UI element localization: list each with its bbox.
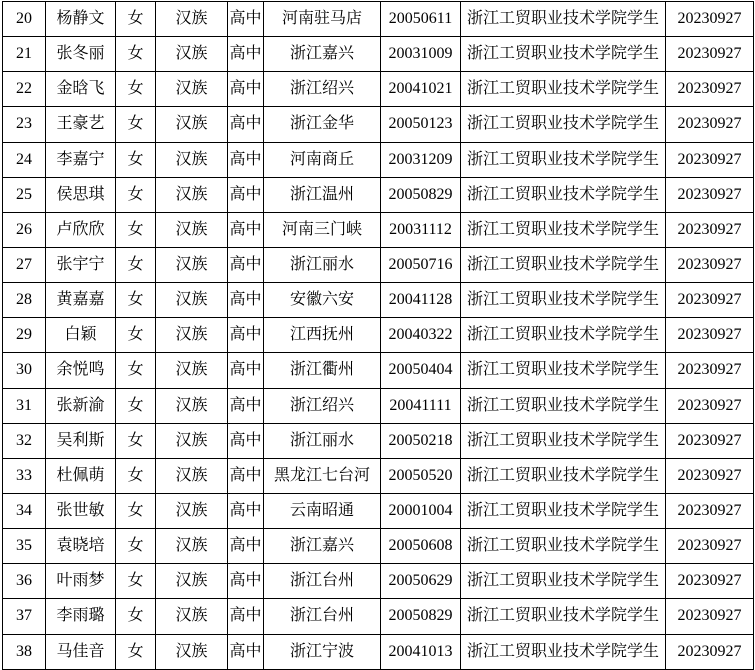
- cell-ethnicity: 汉族: [156, 564, 228, 599]
- cell-name: 杨静文: [46, 2, 116, 37]
- cell-status: 浙江工贸职业技术学院学生: [461, 493, 666, 528]
- cell-ethnicity: 汉族: [156, 634, 228, 669]
- cell-status: 浙江工贸职业技术学院学生: [461, 142, 666, 177]
- cell-birth-date: 20050404: [381, 353, 461, 388]
- cell-date: 20230927: [666, 283, 754, 318]
- cell-gender: 女: [116, 142, 156, 177]
- cell-birth-date: 20050829: [381, 599, 461, 634]
- cell-birth-date: 20050123: [381, 107, 461, 142]
- cell-row-index: 21: [3, 37, 46, 72]
- cell-birth-date: 20031009: [381, 37, 461, 72]
- cell-ethnicity: 汉族: [156, 423, 228, 458]
- cell-row-index: 32: [3, 423, 46, 458]
- cell-origin: 浙江台州: [264, 599, 381, 634]
- cell-gender: 女: [116, 353, 156, 388]
- cell-date: 20230927: [666, 107, 754, 142]
- cell-status: 浙江工贸职业技术学院学生: [461, 283, 666, 318]
- cell-status: 浙江工贸职业技术学院学生: [461, 388, 666, 423]
- cell-ethnicity: 汉族: [156, 388, 228, 423]
- cell-row-index: 37: [3, 599, 46, 634]
- cell-origin: 安徽六安: [264, 283, 381, 318]
- cell-status: 浙江工贸职业技术学院学生: [461, 247, 666, 282]
- cell-birth-date: 20050629: [381, 564, 461, 599]
- cell-gender: 女: [116, 529, 156, 564]
- cell-name: 袁晓培: [46, 529, 116, 564]
- table-row: 23 王豪艺 女 汉族 高中 浙江金华 20050123 浙江工贸职业技术学院学…: [3, 107, 754, 142]
- cell-gender: 女: [116, 493, 156, 528]
- cell-gender: 女: [116, 247, 156, 282]
- cell-status: 浙江工贸职业技术学院学生: [461, 72, 666, 107]
- cell-ethnicity: 汉族: [156, 493, 228, 528]
- cell-row-index: 26: [3, 212, 46, 247]
- cell-status: 浙江工贸职业技术学院学生: [461, 318, 666, 353]
- cell-education: 高中: [228, 353, 264, 388]
- cell-date: 20230927: [666, 458, 754, 493]
- cell-row-index: 38: [3, 634, 46, 669]
- cell-birth-date: 20001004: [381, 493, 461, 528]
- table-row: 31 张新渝 女 汉族 高中 浙江绍兴 20041111 浙江工贸职业技术学院学…: [3, 388, 754, 423]
- cell-education: 高中: [228, 2, 264, 37]
- cell-gender: 女: [116, 212, 156, 247]
- cell-row-index: 28: [3, 283, 46, 318]
- cell-status: 浙江工贸职业技术学院学生: [461, 212, 666, 247]
- table-row: 27 张宇宁 女 汉族 高中 浙江丽水 20050716 浙江工贸职业技术学院学…: [3, 247, 754, 282]
- cell-name: 张冬丽: [46, 37, 116, 72]
- cell-date: 20230927: [666, 493, 754, 528]
- cell-date: 20230927: [666, 529, 754, 564]
- cell-date: 20230927: [666, 353, 754, 388]
- cell-gender: 女: [116, 177, 156, 212]
- cell-name: 侯思琪: [46, 177, 116, 212]
- cell-name: 张世敏: [46, 493, 116, 528]
- cell-name: 杜佩萌: [46, 458, 116, 493]
- cell-date: 20230927: [666, 564, 754, 599]
- document-page: 20 杨静文 女 汉族 高中 河南驻马店 20050611 浙江工贸职业技术学院…: [0, 0, 755, 670]
- cell-education: 高中: [228, 529, 264, 564]
- table-row: 24 李嘉宁 女 汉族 高中 河南商丘 20031209 浙江工贸职业技术学院学…: [3, 142, 754, 177]
- cell-name: 王豪艺: [46, 107, 116, 142]
- cell-ethnicity: 汉族: [156, 177, 228, 212]
- cell-origin: 浙江嘉兴: [264, 529, 381, 564]
- cell-name: 叶雨梦: [46, 564, 116, 599]
- cell-date: 20230927: [666, 142, 754, 177]
- cell-row-index: 22: [3, 72, 46, 107]
- cell-row-index: 30: [3, 353, 46, 388]
- cell-education: 高中: [228, 493, 264, 528]
- cell-status: 浙江工贸职业技术学院学生: [461, 564, 666, 599]
- cell-birth-date: 20031112: [381, 212, 461, 247]
- cell-origin: 浙江绍兴: [264, 72, 381, 107]
- cell-education: 高中: [228, 247, 264, 282]
- cell-date: 20230927: [666, 388, 754, 423]
- cell-status: 浙江工贸职业技术学院学生: [461, 458, 666, 493]
- cell-birth-date: 20041128: [381, 283, 461, 318]
- cell-row-index: 27: [3, 247, 46, 282]
- table-row: 32 吴利斯 女 汉族 高中 浙江丽水 20050218 浙江工贸职业技术学院学…: [3, 423, 754, 458]
- cell-gender: 女: [116, 72, 156, 107]
- cell-birth-date: 20050611: [381, 2, 461, 37]
- table-row: 37 李雨璐 女 汉族 高中 浙江台州 20050829 浙江工贸职业技术学院学…: [3, 599, 754, 634]
- cell-date: 20230927: [666, 72, 754, 107]
- cell-ethnicity: 汉族: [156, 353, 228, 388]
- cell-date: 20230927: [666, 177, 754, 212]
- cell-row-index: 29: [3, 318, 46, 353]
- cell-education: 高中: [228, 318, 264, 353]
- cell-origin: 浙江宁波: [264, 634, 381, 669]
- cell-gender: 女: [116, 318, 156, 353]
- cell-origin: 浙江台州: [264, 564, 381, 599]
- cell-origin: 浙江温州: [264, 177, 381, 212]
- cell-ethnicity: 汉族: [156, 599, 228, 634]
- cell-education: 高中: [228, 283, 264, 318]
- cell-ethnicity: 汉族: [156, 283, 228, 318]
- cell-gender: 女: [116, 564, 156, 599]
- student-table-body: 20 杨静文 女 汉族 高中 河南驻马店 20050611 浙江工贸职业技术学院…: [3, 2, 754, 670]
- cell-date: 20230927: [666, 599, 754, 634]
- cell-ethnicity: 汉族: [156, 37, 228, 72]
- cell-date: 20230927: [666, 2, 754, 37]
- cell-row-index: 33: [3, 458, 46, 493]
- cell-row-index: 36: [3, 564, 46, 599]
- cell-name: 卢欣欣: [46, 212, 116, 247]
- cell-education: 高中: [228, 107, 264, 142]
- cell-education: 高中: [228, 458, 264, 493]
- cell-date: 20230927: [666, 423, 754, 458]
- table-row: 28 黄嘉嘉 女 汉族 高中 安徽六安 20041128 浙江工贸职业技术学院学…: [3, 283, 754, 318]
- cell-name: 金晗飞: [46, 72, 116, 107]
- cell-date: 20230927: [666, 247, 754, 282]
- cell-name: 李嘉宁: [46, 142, 116, 177]
- cell-name: 张新渝: [46, 388, 116, 423]
- cell-origin: 浙江嘉兴: [264, 37, 381, 72]
- cell-ethnicity: 汉族: [156, 458, 228, 493]
- cell-gender: 女: [116, 2, 156, 37]
- cell-ethnicity: 汉族: [156, 2, 228, 37]
- cell-ethnicity: 汉族: [156, 529, 228, 564]
- cell-status: 浙江工贸职业技术学院学生: [461, 2, 666, 37]
- cell-birth-date: 20050716: [381, 247, 461, 282]
- student-roster-table: 20 杨静文 女 汉族 高中 河南驻马店 20050611 浙江工贸职业技术学院…: [2, 1, 754, 670]
- table-row: 26 卢欣欣 女 汉族 高中 河南三门峡 20031112 浙江工贸职业技术学院…: [3, 212, 754, 247]
- cell-row-index: 25: [3, 177, 46, 212]
- table-row: 30 余悦鸣 女 汉族 高中 浙江衢州 20050404 浙江工贸职业技术学院学…: [3, 353, 754, 388]
- cell-status: 浙江工贸职业技术学院学生: [461, 37, 666, 72]
- cell-origin: 河南驻马店: [264, 2, 381, 37]
- cell-gender: 女: [116, 634, 156, 669]
- cell-origin: 黑龙江七台河: [264, 458, 381, 493]
- cell-row-index: 20: [3, 2, 46, 37]
- cell-name: 张宇宁: [46, 247, 116, 282]
- cell-gender: 女: [116, 423, 156, 458]
- table-row: 29 白颖 女 汉族 高中 江西抚州 20040322 浙江工贸职业技术学院学生…: [3, 318, 754, 353]
- cell-name: 马佳音: [46, 634, 116, 669]
- cell-origin: 河南商丘: [264, 142, 381, 177]
- table-row: 20 杨静文 女 汉族 高中 河南驻马店 20050611 浙江工贸职业技术学院…: [3, 2, 754, 37]
- table-row: 36 叶雨梦 女 汉族 高中 浙江台州 20050629 浙江工贸职业技术学院学…: [3, 564, 754, 599]
- cell-education: 高中: [228, 564, 264, 599]
- cell-birth-date: 20031209: [381, 142, 461, 177]
- cell-status: 浙江工贸职业技术学院学生: [461, 353, 666, 388]
- cell-education: 高中: [228, 423, 264, 458]
- cell-origin: 河南三门峡: [264, 212, 381, 247]
- cell-ethnicity: 汉族: [156, 247, 228, 282]
- cell-name: 吴利斯: [46, 423, 116, 458]
- cell-ethnicity: 汉族: [156, 212, 228, 247]
- cell-origin: 浙江丽水: [264, 423, 381, 458]
- cell-education: 高中: [228, 142, 264, 177]
- cell-gender: 女: [116, 283, 156, 318]
- cell-gender: 女: [116, 458, 156, 493]
- cell-education: 高中: [228, 177, 264, 212]
- cell-name: 余悦鸣: [46, 353, 116, 388]
- cell-date: 20230927: [666, 634, 754, 669]
- cell-status: 浙江工贸职业技术学院学生: [461, 599, 666, 634]
- cell-gender: 女: [116, 107, 156, 142]
- table-row: 33 杜佩萌 女 汉族 高中 黑龙江七台河 20050520 浙江工贸职业技术学…: [3, 458, 754, 493]
- cell-education: 高中: [228, 388, 264, 423]
- table-row: 38 马佳音 女 汉族 高中 浙江宁波 20041013 浙江工贸职业技术学院学…: [3, 634, 754, 669]
- cell-status: 浙江工贸职业技术学院学生: [461, 177, 666, 212]
- cell-education: 高中: [228, 599, 264, 634]
- cell-education: 高中: [228, 72, 264, 107]
- cell-birth-date: 20050829: [381, 177, 461, 212]
- cell-status: 浙江工贸职业技术学院学生: [461, 634, 666, 669]
- cell-status: 浙江工贸职业技术学院学生: [461, 423, 666, 458]
- cell-ethnicity: 汉族: [156, 318, 228, 353]
- cell-origin: 浙江衢州: [264, 353, 381, 388]
- cell-birth-date: 20041111: [381, 388, 461, 423]
- cell-status: 浙江工贸职业技术学院学生: [461, 107, 666, 142]
- cell-origin: 浙江丽水: [264, 247, 381, 282]
- cell-gender: 女: [116, 37, 156, 72]
- table-row: 35 袁晓培 女 汉族 高中 浙江嘉兴 20050608 浙江工贸职业技术学院学…: [3, 529, 754, 564]
- cell-ethnicity: 汉族: [156, 142, 228, 177]
- cell-origin: 云南昭通: [264, 493, 381, 528]
- cell-birth-date: 20041021: [381, 72, 461, 107]
- cell-birth-date: 20050218: [381, 423, 461, 458]
- cell-row-index: 35: [3, 529, 46, 564]
- cell-name: 白颖: [46, 318, 116, 353]
- cell-gender: 女: [116, 599, 156, 634]
- cell-row-index: 23: [3, 107, 46, 142]
- cell-row-index: 34: [3, 493, 46, 528]
- table-row: 25 侯思琪 女 汉族 高中 浙江温州 20050829 浙江工贸职业技术学院学…: [3, 177, 754, 212]
- cell-birth-date: 20050608: [381, 529, 461, 564]
- cell-origin: 浙江金华: [264, 107, 381, 142]
- cell-row-index: 31: [3, 388, 46, 423]
- cell-education: 高中: [228, 212, 264, 247]
- cell-date: 20230927: [666, 318, 754, 353]
- cell-name: 李雨璐: [46, 599, 116, 634]
- cell-origin: 浙江绍兴: [264, 388, 381, 423]
- cell-education: 高中: [228, 634, 264, 669]
- cell-birth-date: 20041013: [381, 634, 461, 669]
- cell-date: 20230927: [666, 37, 754, 72]
- cell-birth-date: 20050520: [381, 458, 461, 493]
- cell-birth-date: 20040322: [381, 318, 461, 353]
- table-row: 34 张世敏 女 汉族 高中 云南昭通 20001004 浙江工贸职业技术学院学…: [3, 493, 754, 528]
- cell-ethnicity: 汉族: [156, 72, 228, 107]
- cell-name: 黄嘉嘉: [46, 283, 116, 318]
- cell-row-index: 24: [3, 142, 46, 177]
- cell-gender: 女: [116, 388, 156, 423]
- cell-ethnicity: 汉族: [156, 107, 228, 142]
- table-row: 21 张冬丽 女 汉族 高中 浙江嘉兴 20031009 浙江工贸职业技术学院学…: [3, 37, 754, 72]
- cell-date: 20230927: [666, 212, 754, 247]
- cell-education: 高中: [228, 37, 264, 72]
- cell-status: 浙江工贸职业技术学院学生: [461, 529, 666, 564]
- table-row: 22 金晗飞 女 汉族 高中 浙江绍兴 20041021 浙江工贸职业技术学院学…: [3, 72, 754, 107]
- cell-origin: 江西抚州: [264, 318, 381, 353]
